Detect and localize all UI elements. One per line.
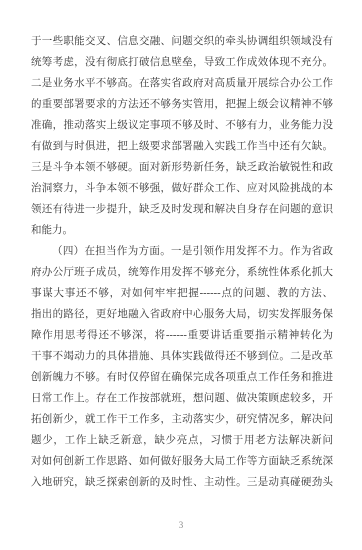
text-line: 于一些职能交叉、信息交融、问题交织的牵头协调组织领域没有 bbox=[31, 31, 333, 52]
text-line: 干事不竭动力的具体措施、具体实践做得还不够到位。二是改革 bbox=[31, 346, 333, 367]
text-line: 治洞察力，斗争本领不够强，做好群众工作、应对风险挑战的本 bbox=[31, 178, 333, 199]
text-line: 拓创新少，就工作干工作多，主动落实少，研究情况多，解决问 bbox=[31, 409, 333, 430]
text-line: 府办公厅班子成员，统筹作用发挥不够充分，系统性体系化抓大 bbox=[31, 262, 333, 283]
text-line: 事谋大事还不够，对如何牢牢把握------点的问题、教的方法、 bbox=[31, 283, 333, 304]
text-line: 障作用思考得还不够深，将------重要讲话重要指示精神转化为 bbox=[31, 325, 333, 346]
text-line: 有做到与时俱进，把上级要求部署融入实践工作当中还有欠缺。 bbox=[31, 136, 333, 157]
text-line: 和能力。 bbox=[31, 220, 333, 241]
document-page: 于一些职能交叉、信息交融、问题交织的牵头协调组织领域没有统筹考虑，没有彻底打破信… bbox=[0, 0, 362, 550]
text-line: 的重要部署要求的方法还不够务实管用，把握上级会议精神不够 bbox=[31, 94, 333, 115]
page-number: 3 bbox=[0, 518, 362, 532]
text-line: （四）在担当作为方面。一是引领作用发挥不力。作为省政 bbox=[31, 241, 333, 262]
text-line: 准确，推动落实上级议定事项不够及时、不够有力，业务能力没 bbox=[31, 115, 333, 136]
text-line: 指出的路径，更好地融入省政府中心服务大局，切实发挥服务保 bbox=[31, 304, 333, 325]
text-line: 领还有待进一步提升，缺乏及时发现和解决自身存在问题的意识 bbox=[31, 199, 333, 220]
text-line: 日常工作上。存在工作按部就班，想问题、做决策顾虑较多，开 bbox=[31, 388, 333, 409]
text-line: 二是业务水平不够高。在落实省政府对高质量开展综合办公工作 bbox=[31, 73, 333, 94]
document-body: 于一些职能交叉、信息交融、问题交织的牵头协调组织领域没有统筹考虑，没有彻底打破信… bbox=[31, 31, 333, 493]
text-line: 三是斗争本领不够硬。面对新形势新任务，缺乏政治敏锐性和政 bbox=[31, 157, 333, 178]
text-line: 创新魄力不够。有时仅停留在确保完成各项重点工作任务和推进 bbox=[31, 367, 333, 388]
text-line: 入地研究，缺乏探索创新的及时性、主动性。三是动真碰硬劲头 bbox=[31, 472, 333, 493]
text-line: 题少，工作上缺乏新意，缺少亮点，习惯于用老方法解决新问题， bbox=[31, 430, 333, 451]
text-line: 统筹考虑，没有彻底打破信息壁垒，导致工作成效体现不充分。 bbox=[31, 52, 333, 73]
text-line: 对如何创新工作思路、如何做好服务大局工作等方面缺乏系统深 bbox=[31, 451, 333, 472]
